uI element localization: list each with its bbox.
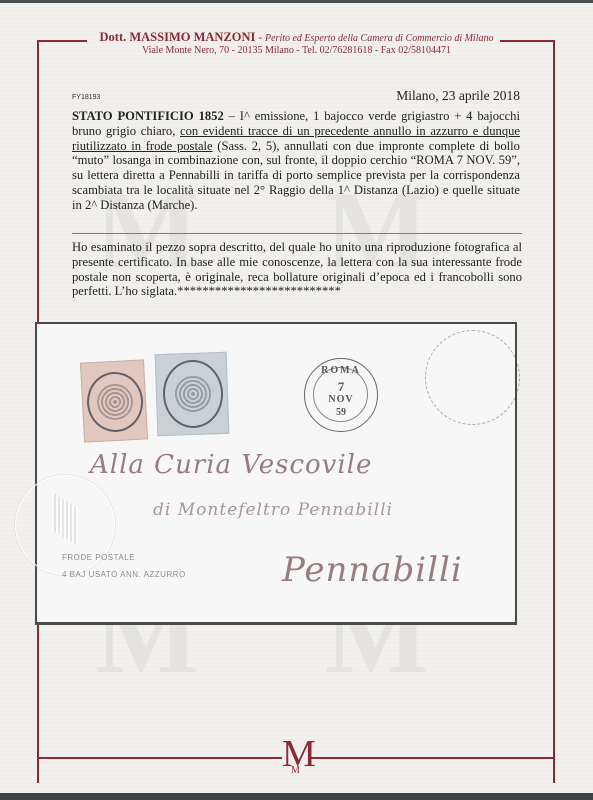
stamp-1-bajocco: [155, 352, 230, 436]
postmark-city: ROMA: [305, 365, 377, 376]
frame-border: [37, 757, 282, 759]
address-line-1: Alla Curia Vescovile: [90, 450, 372, 480]
certificate-page: M M M M Dott. MASSIMO MANZONI - Perito e…: [0, 0, 593, 800]
expert-opinion: Ho esaminato il pezzo sopra descritto, d…: [72, 240, 522, 299]
letterhead: Dott. MASSIMO MANZONI - Perito ed Espert…: [0, 30, 593, 45]
mm-monogram-logo: M M: [282, 735, 310, 780]
frame-border: [310, 757, 555, 759]
stamp-4-bajocchi: [80, 359, 148, 442]
pencil-note-1: FRODE POSTALE: [62, 553, 135, 562]
section-divider: [72, 233, 522, 234]
letterhead-address: Viale Monte Nero, 70 - 20135 Milano - Te…: [0, 45, 593, 56]
top-scan-edge: [0, 0, 593, 3]
roma-postmark: ROMA 7 NOV 59: [304, 358, 378, 432]
item-description: STATO PONTIFICIO 1852 – I^ emissione, 1 …: [72, 109, 520, 213]
postmark-month: NOV: [305, 394, 377, 405]
postmark-year: 59: [305, 407, 377, 418]
bottom-scan-edge: [0, 793, 593, 800]
address-line-3: Pennabilli: [282, 550, 463, 590]
header-separator: -: [255, 32, 265, 44]
logo-small-m: M: [291, 765, 300, 776]
certificate-id: FY18193: [72, 94, 100, 101]
address-line-2: di Montefeltro Pennabilli: [153, 500, 393, 520]
expert-name: Dott. MASSIMO MANZONI: [100, 30, 256, 44]
certificate-date: Milano, 23 aprile 2018: [396, 88, 520, 104]
pencil-note-2: 4 BAJ USATO ANN. AZZURRO: [62, 570, 186, 579]
expert-title: Perito ed Esperto della Camera di Commer…: [265, 33, 494, 44]
arrival-postmark-icon: [425, 330, 520, 425]
description-lead: STATO PONTIFICIO 1852: [72, 109, 224, 123]
postmark-day: 7: [305, 379, 377, 395]
frame-border: [553, 40, 555, 783]
